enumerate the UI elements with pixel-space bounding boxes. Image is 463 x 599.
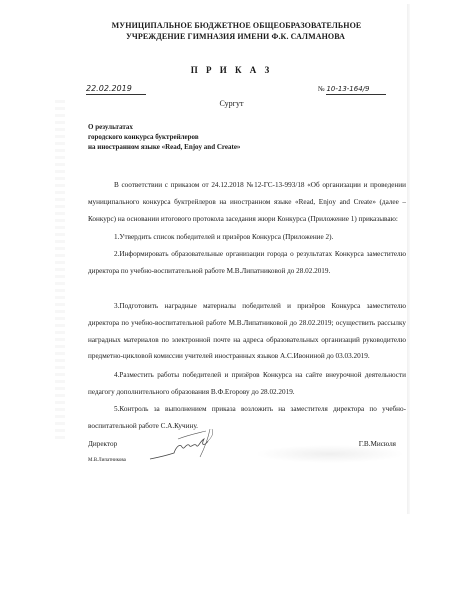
paragraph-text: В соответствии с приказом от 24.12.2018 … xyxy=(88,177,406,227)
paragraph-text: 5.Контроль за выполнением приказа возлож… xyxy=(88,401,406,435)
paragraph-text: 2.Информировать образовательные организа… xyxy=(88,246,406,280)
order-item-1: 1.Утвердить список победителей и призёро… xyxy=(88,229,406,246)
order-item-2: 2.Информировать образовательные организа… xyxy=(88,246,406,280)
subject-line: городского конкурса буктрейлеров xyxy=(88,132,240,142)
order-number: № 10-13-164/9 xyxy=(318,84,386,95)
order-number-value: 10-13-164/9 xyxy=(326,84,386,95)
order-item-4: 4.Разместить работы победителей и призёр… xyxy=(88,367,406,401)
document-title: П Р И К А З xyxy=(0,65,463,75)
subject-line: на иностранном языке «Read, Enjoy and Cr… xyxy=(88,142,240,152)
executor-name: М.В.Липатникова xyxy=(88,458,126,463)
organization-name-line2: УЧРЕЖДЕНИЕ ГИМНАЗИЯ ИМЕНИ Ф.К. САЛМАНОВА xyxy=(4,32,463,42)
order-item-5: 5.Контроль за выполнением приказа возлож… xyxy=(88,401,406,435)
city: Сургут xyxy=(0,99,463,108)
signer-role: Директор xyxy=(88,440,117,448)
paragraph-text: 4.Разместить работы победителей и призёр… xyxy=(88,367,406,401)
intro-paragraph: В соответствии с приказом от 24.12.2018 … xyxy=(88,177,406,227)
page-edge-shadow xyxy=(407,4,410,514)
subject-line: О результатах xyxy=(88,122,240,132)
organization-name-line1: МУНИЦИПАЛЬНОЕ БЮДЖЕТНОЕ ОБЩЕОБРАЗОВАТЕЛЬ… xyxy=(5,21,463,31)
scan-bleed-through xyxy=(55,100,65,440)
handwritten-signature-icon xyxy=(148,425,228,465)
paragraph-text: 3.Подготовить наградные материалы победи… xyxy=(88,298,406,365)
number-sign: № xyxy=(318,84,325,94)
order-date: 22.02.2019 xyxy=(86,84,146,95)
signer-name: Г.В.Мисюля xyxy=(359,440,396,448)
order-item-3: 3.Подготовить наградные материалы победи… xyxy=(88,298,406,365)
order-subject: О результатах городского конкурса буктре… xyxy=(88,122,240,152)
paragraph-text: 1.Утвердить список победителей и призёро… xyxy=(88,229,406,246)
